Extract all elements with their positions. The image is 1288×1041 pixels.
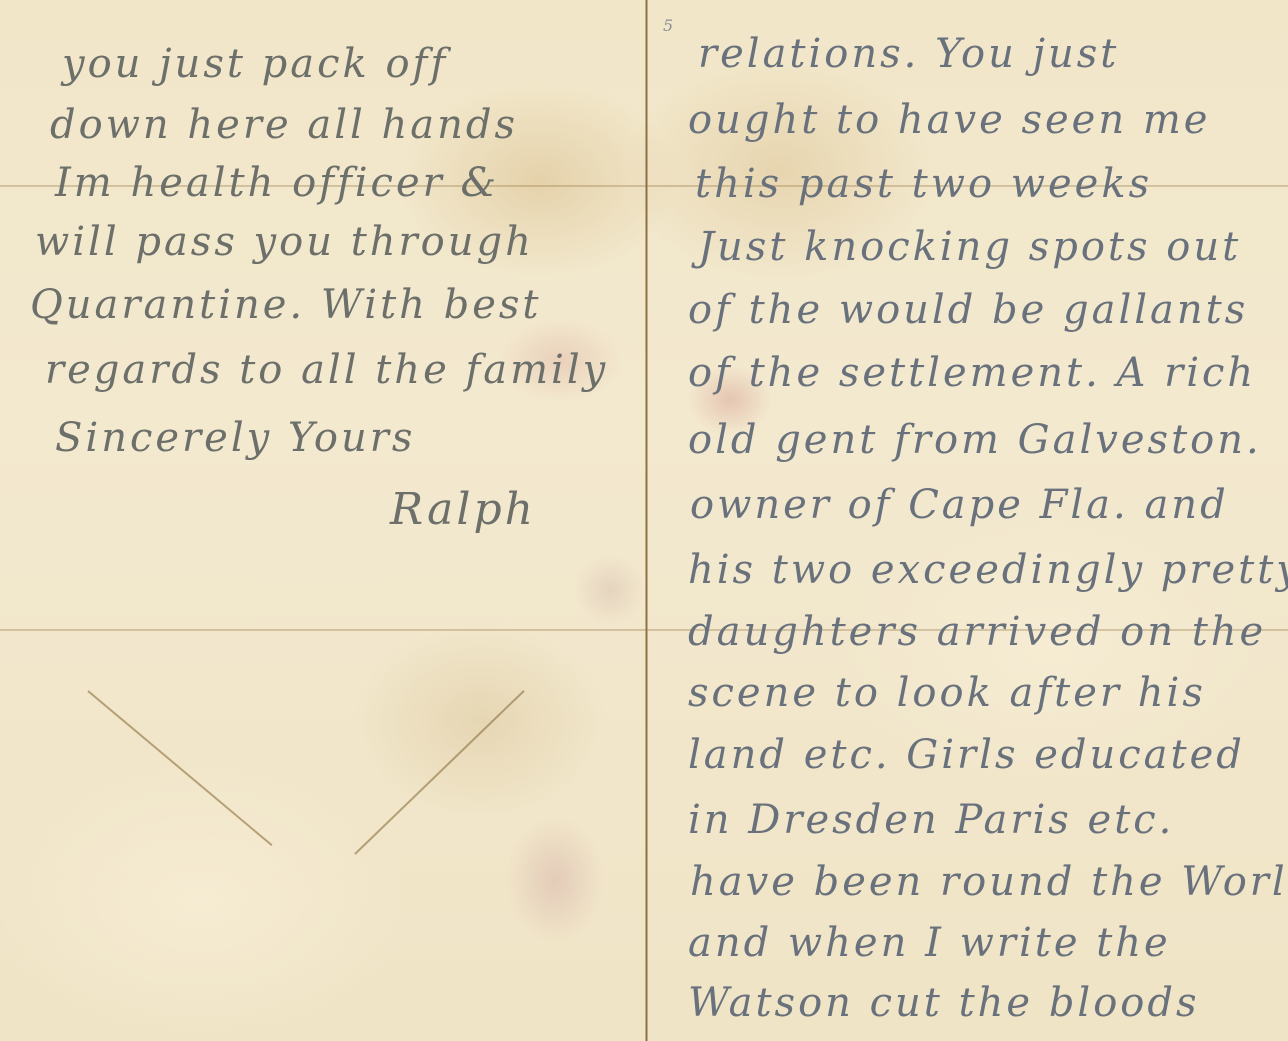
right-line-15: and when I write the xyxy=(688,923,1171,963)
left-line-4: will pass you through xyxy=(35,222,534,262)
left-line-3: Im health officer & xyxy=(55,163,499,203)
right-line-5: of the would be gallants xyxy=(688,290,1248,330)
left-line-1: you just pack off xyxy=(62,44,448,84)
right-line-12: land etc. Girls educated xyxy=(688,735,1245,775)
right-line-3: this past two weeks xyxy=(695,164,1152,204)
right-line-6: of the settlement. A rich xyxy=(688,353,1256,393)
right-line-9: his two exceedingly pretty xyxy=(688,550,1288,590)
left-page: you just pack off down here all hands Im… xyxy=(0,0,648,1041)
left-line-6: regards to all the family xyxy=(45,350,608,390)
right-page: relations. You just ought to have seen m… xyxy=(650,0,1288,1041)
right-line-4: Just knocking spots out xyxy=(698,227,1241,267)
right-line-11: scene to look after his xyxy=(688,673,1206,713)
closing-sincerely-yours: Sincerely Yours xyxy=(55,418,415,458)
right-line-13: in Dresden Paris etc. xyxy=(688,800,1174,840)
right-line-16: Watson cut the bloods xyxy=(688,983,1200,1023)
right-line-14: have been round the World xyxy=(690,862,1288,902)
right-line-8: owner of Cape Fla. and xyxy=(690,485,1229,525)
left-line-5: Quarantine. With best xyxy=(30,285,542,325)
right-line-7: old gent from Galveston. xyxy=(688,420,1262,460)
right-line-1: relations. You just xyxy=(698,34,1119,74)
signature-ralph: Ralph xyxy=(390,488,536,532)
letter-sheet: you just pack off down here all hands Im… xyxy=(0,0,1288,1041)
left-line-2: down here all hands xyxy=(50,105,518,145)
right-line-10: daughters arrived on the xyxy=(688,612,1266,652)
right-line-2: ought to have seen me xyxy=(688,100,1210,140)
